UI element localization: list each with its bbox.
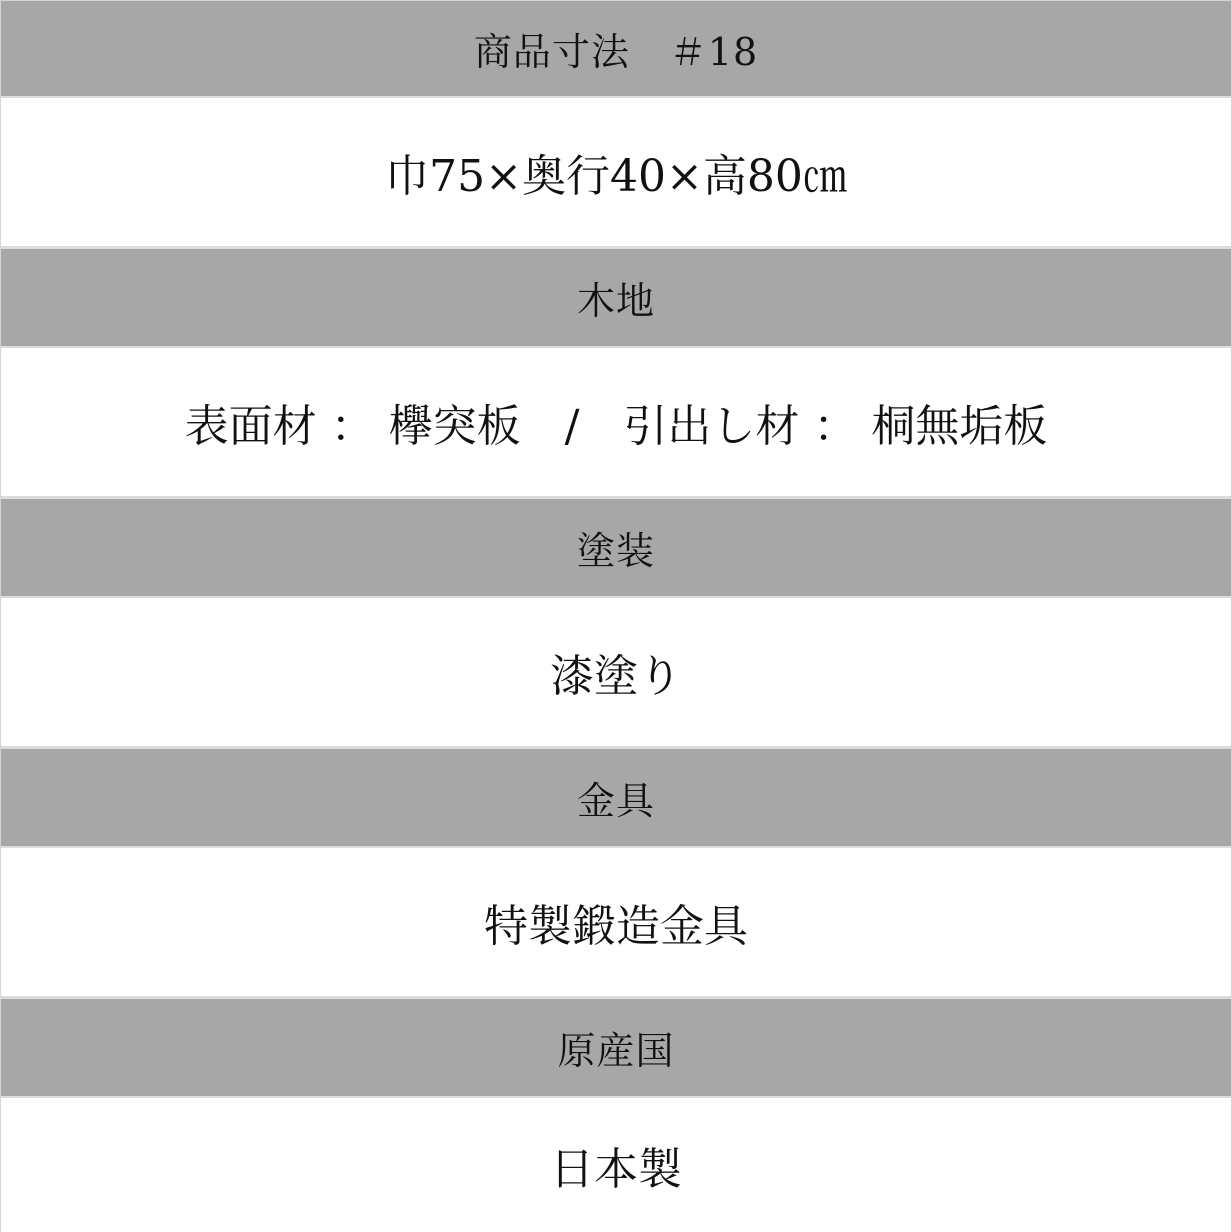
spec-label-wood: 木地 <box>1 249 1231 348</box>
spec-value-wood: 表面材 ： 欅突板 / 引出し材 ： 桐無垢板 <box>1 348 1231 499</box>
spec-value-finish: 漆塗り <box>1 598 1231 749</box>
spec-value-dimensions: 巾75×奥行40×高80㎝ <box>1 98 1231 249</box>
product-spec-sheet: 商品寸法 ＃18 巾75×奥行40×高80㎝ 木地 表面材 ： 欅突板 / 引出… <box>0 0 1232 1232</box>
spec-label-dimensions: 商品寸法 ＃18 <box>1 1 1231 98</box>
spec-section-wood: 木地 表面材 ： 欅突板 / 引出し材 ： 桐無垢板 <box>1 249 1231 499</box>
spec-value-hardware: 特製鍛造金具 <box>1 848 1231 999</box>
spec-section-hardware: 金具 特製鍛造金具 <box>1 749 1231 999</box>
spec-section-dimensions: 商品寸法 ＃18 巾75×奥行40×高80㎝ <box>1 1 1231 249</box>
spec-value-origin: 日本製 <box>1 1098 1231 1232</box>
spec-label-hardware: 金具 <box>1 749 1231 848</box>
spec-section-finish: 塗装 漆塗り <box>1 499 1231 749</box>
spec-label-finish: 塗装 <box>1 499 1231 598</box>
spec-section-origin: 原産国 日本製 <box>1 999 1231 1232</box>
spec-label-origin: 原産国 <box>1 999 1231 1098</box>
